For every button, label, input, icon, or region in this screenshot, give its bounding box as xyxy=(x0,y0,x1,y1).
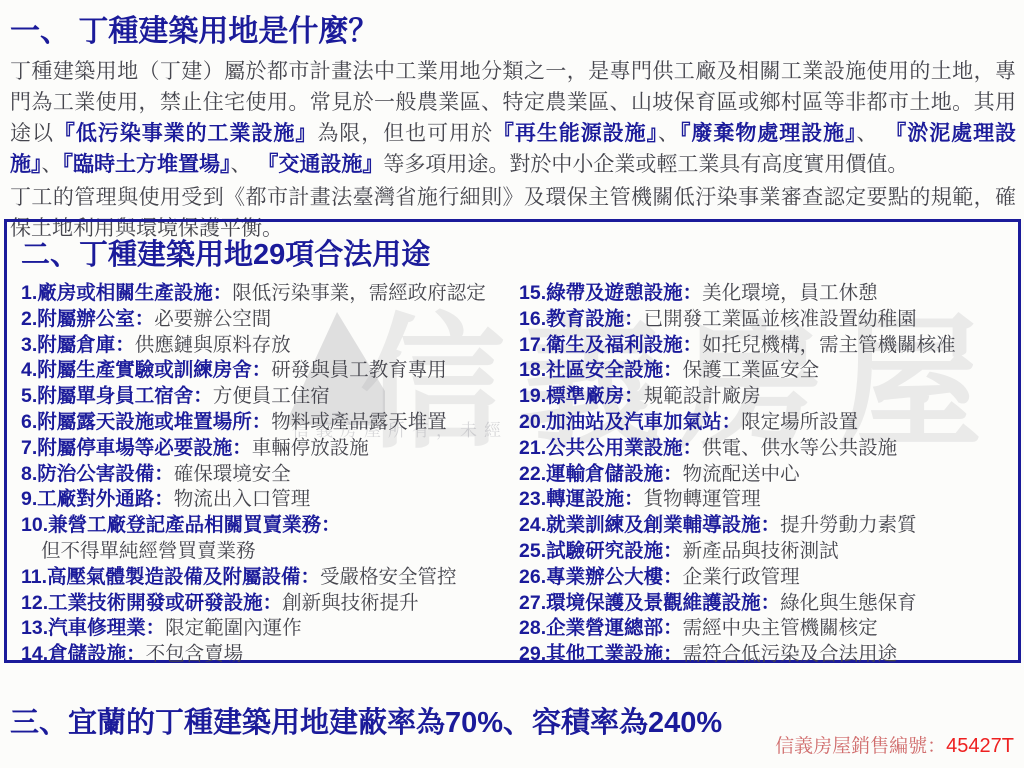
paragraph-segment: 『臨時土方堆置場』 xyxy=(63,153,231,176)
use-item: 2.附屬辦公室：必要辦公空間 xyxy=(21,307,519,333)
use-item-desc: 車輛停放設施 xyxy=(252,437,369,459)
section-what-is-type-d-land: 一、 丁種建築用地是什麼？ 丁種建築用地（丁建）屬於都市計畫法中工業用地分類之一… xyxy=(10,6,1016,244)
sale-number-line: 信義房屋銷售編號：45427T xyxy=(775,731,1014,758)
use-item-desc: 綠化與生態保育 xyxy=(780,592,917,614)
sale-number-value: 45427T xyxy=(946,735,1014,757)
paragraph-segment: 等多項用途。對於中小企業或輕工業具有高度實用價值。 xyxy=(383,153,908,176)
use-item-label: 6.附屬露天設施或堆置場所： xyxy=(21,411,271,433)
use-item-desc: 需經中央主管機關核定 xyxy=(683,617,878,639)
use-item-label: 17.衛生及福利設施： xyxy=(519,334,702,356)
use-item-desc: 創新與技術提升 xyxy=(282,592,419,614)
use-column-right: 15.綠帶及遊憩設施：美化環境，員工休憩 16.教育設施：已開發工業區並核准設置… xyxy=(519,281,1014,668)
use-item-label: 8.防治公害設備： xyxy=(21,463,174,485)
use-item-label: 22.運輸倉儲設施： xyxy=(519,463,683,485)
use-item-label: 4.附屬生產實驗或訓練房舍： xyxy=(21,359,271,381)
use-item-label: 18.社區安全設施： xyxy=(519,359,683,381)
use-item-desc: 方便員工住宿 xyxy=(213,385,330,407)
use-item-label: 16.教育設施： xyxy=(519,308,644,330)
use-item-desc: 物料或產品露天堆置 xyxy=(271,411,447,433)
use-item-label: 19.標準廠房： xyxy=(519,385,644,407)
use-item-desc: 供應鏈與原料存放 xyxy=(135,334,291,356)
use-item: 18.社區安全設施：保護工業區安全 xyxy=(519,358,1014,384)
section-29-legal-uses-box: 二、丁種建築用地29項合法用途 1.廠房或相關生產設施：限低污染事業，需經政府認… xyxy=(4,219,1021,663)
paragraph-segment: 、 xyxy=(857,122,886,145)
use-item-label: 13.汽車修理業： xyxy=(21,617,165,639)
use-item: 10.兼營工廠登記產品相關買賣業務：但不得單純經營買賣業務 xyxy=(21,513,519,565)
paragraph-segment: 、 xyxy=(658,122,680,145)
use-item-desc: 必要辦公空間 xyxy=(154,308,271,330)
use-item-desc: 但不得單純經營買賣業務 xyxy=(21,539,519,565)
use-item-label: 11.高壓氣體製造設備及附屬設備： xyxy=(21,566,320,588)
use-item: 3.附屬倉庫：供應鏈與原料存放 xyxy=(21,333,519,359)
use-item: 11.高壓氣體製造設備及附屬設備：受嚴格安全管控 xyxy=(21,565,519,591)
use-item: 15.綠帶及遊憩設施：美化環境，員工休憩 xyxy=(519,281,1014,307)
paragraph-segment: 『低污染事業的工業設施』 xyxy=(54,122,317,145)
use-item-desc: 不包含賣場 xyxy=(146,643,244,665)
use-item-label: 3.附屬倉庫： xyxy=(21,334,135,356)
section1-paragraph1: 丁種建築用地（丁建）屬於都市計畫法中工業用地分類之一，是專門供工廠及相關工業設施… xyxy=(10,56,1016,180)
use-item-label: 14.倉儲設施： xyxy=(21,643,146,665)
use-item-desc: 物流出入口管理 xyxy=(174,488,311,510)
sale-number-label: 信義房屋銷售編號： xyxy=(775,736,946,757)
paragraph-segment: 、 xyxy=(42,153,63,176)
use-item-desc: 限定範圍內運作 xyxy=(165,617,302,639)
use-item-desc: 限定場所設置 xyxy=(741,411,858,433)
use-item-label: 28.企業營運總部： xyxy=(519,617,683,639)
use-item-desc: 限低污染事業，需經政府認定 xyxy=(232,282,486,304)
section1-title: 一、 丁種建築用地是什麼？ xyxy=(10,6,1016,50)
use-item-desc: 供電、供水等公共設施 xyxy=(702,437,897,459)
use-item: 29.其他工業設施：需符合低污染及合法用途 xyxy=(519,642,1014,668)
use-item-label: 26.專業辦公大樓： xyxy=(519,566,683,588)
use-item-label: 7.附屬停車場等必要設施： xyxy=(21,437,252,459)
use-item: 27.環境保護及景觀維護設施：綠化與生態保育 xyxy=(519,591,1014,617)
use-item-desc: 美化環境，員工休憩 xyxy=(702,282,878,304)
use-item-label: 5.附屬單身員工宿舍： xyxy=(21,385,213,407)
use-item: 12.工業技術開發或研發設施：創新與技術提升 xyxy=(21,591,519,617)
use-column-left: 1.廠房或相關生產設施：限低污染事業，需經政府認定 2.附屬辦公室：必要辦公空間… xyxy=(21,281,519,668)
use-item: 14.倉儲設施：不包含賣場 xyxy=(21,642,519,668)
paragraph-segment: 『交通設施』 xyxy=(257,153,383,176)
use-item-desc: 新產品與技術測試 xyxy=(683,540,839,562)
use-item-label: 27.環境保護及景觀維護設施： xyxy=(519,592,780,614)
use-item-label: 10.兼營工廠登記產品相關買賣業務： xyxy=(21,514,341,536)
use-item-desc: 已開發工業區並核准設置幼稚園 xyxy=(644,308,917,330)
paragraph-segment: 『再生能源設施』 xyxy=(493,122,658,145)
use-item-label: 24.就業訓練及創業輔導設施： xyxy=(519,514,780,536)
use-item: 22.運輸倉儲設施：物流配送中心 xyxy=(519,462,1014,488)
use-item-desc: 如托兒機構，需主管機關核准 xyxy=(702,334,956,356)
use-item: 28.企業營運總部：需經中央主管機關核定 xyxy=(519,616,1014,642)
use-item-desc: 提升勞動力素質 xyxy=(780,514,917,536)
use-item-label: 12.工業技術開發或研發設施： xyxy=(21,592,282,614)
use-item-desc: 需符合低污染及合法用途 xyxy=(683,643,898,665)
use-item: 21.公共公用業設施：供電、供水等公共設施 xyxy=(519,436,1014,462)
use-item-desc: 規範設計廠房 xyxy=(644,385,761,407)
page: 信義房屋 信義房屋所有，未經 一、 丁種建築用地是什麼？ 丁種建築用地（丁建）屬… xyxy=(0,0,1024,768)
use-item-label: 25.試驗研究設施： xyxy=(519,540,683,562)
use-item: 16.教育設施：已開發工業區並核准設置幼稚園 xyxy=(519,307,1014,333)
use-item: 19.標準廠房：規範設計廠房 xyxy=(519,384,1014,410)
use-item: 17.衛生及福利設施：如托兒機構，需主管機關核准 xyxy=(519,333,1014,359)
use-item-desc: 研發與員工教育專用 xyxy=(271,359,447,381)
use-item: 7.附屬停車場等必要設施：車輛停放設施 xyxy=(21,436,519,462)
use-item-desc: 確保環境安全 xyxy=(174,463,291,485)
use-item-desc: 企業行政管理 xyxy=(683,566,800,588)
use-item: 20.加油站及汽車加氣站：限定場所設置 xyxy=(519,410,1014,436)
use-item-label: 2.附屬辦公室： xyxy=(21,308,154,330)
use-item-desc: 保護工業區安全 xyxy=(683,359,820,381)
use-item: 5.附屬單身員工宿舍：方便員工住宿 xyxy=(21,384,519,410)
use-item: 25.試驗研究設施：新產品與技術測試 xyxy=(519,539,1014,565)
section3-title: 三、宜蘭的丁種建築用地建蔽率為70%、容積率為240% xyxy=(10,700,722,741)
use-item: 23.轉運設施：貨物轉運管理 xyxy=(519,487,1014,513)
use-item-desc: 物流配送中心 xyxy=(683,463,800,485)
use-item-label: 29.其他工業設施： xyxy=(519,643,683,665)
use-item-label: 9.工廠對外通路： xyxy=(21,488,174,510)
use-item: 13.汽車修理業：限定範圍內運作 xyxy=(21,616,519,642)
use-item: 9.工廠對外通路：物流出入口管理 xyxy=(21,487,519,513)
paragraph-segment: 為限，但也可用於 xyxy=(317,122,493,145)
use-item-label: 21.公共公用業設施： xyxy=(519,437,702,459)
use-item-label: 1.廠房或相關生產設施： xyxy=(21,282,232,304)
use-columns: 1.廠房或相關生產設施：限低污染事業，需經政府認定 2.附屬辦公室：必要辦公空間… xyxy=(7,281,1018,668)
use-item-desc: 受嚴格安全管控 xyxy=(320,566,457,588)
use-item: 26.專業辦公大樓：企業行政管理 xyxy=(519,565,1014,591)
use-item: 1.廠房或相關生產設施：限低污染事業，需經政府認定 xyxy=(21,281,519,307)
use-item-label: 23.轉運設施： xyxy=(519,488,644,510)
use-item-label: 20.加油站及汽車加氣站： xyxy=(519,411,741,433)
use-item: 8.防治公害設備：確保環境安全 xyxy=(21,462,519,488)
use-item-label: 15.綠帶及遊憩設施： xyxy=(519,282,702,304)
use-item: 6.附屬露天設施或堆置場所：物料或產品露天堆置 xyxy=(21,410,519,436)
paragraph-segment: 、 xyxy=(231,153,258,176)
use-item: 4.附屬生產實驗或訓練房舍：研發與員工教育專用 xyxy=(21,358,519,384)
use-item: 24.就業訓練及創業輔導設施：提升勞動力素質 xyxy=(519,513,1014,539)
paragraph-segment: 『廢棄物處理設施』 xyxy=(680,122,857,145)
section2-title: 二、丁種建築用地29項合法用途 xyxy=(21,232,1018,273)
use-item-desc: 貨物轉運管理 xyxy=(644,488,761,510)
